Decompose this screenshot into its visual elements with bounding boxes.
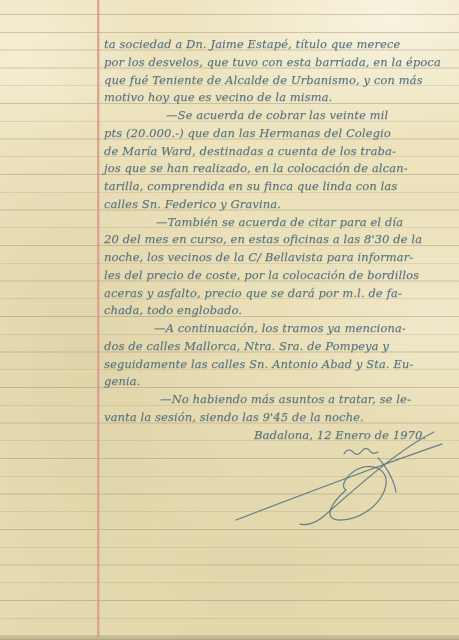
handwritten-line: vanta la sesión, siendo las 9'45 de la n… bbox=[104, 409, 456, 427]
handwritten-line: de María Ward, destinadas a cuenta de lo… bbox=[104, 143, 456, 161]
handwritten-line: pts (20.000.-) que dan las Hermanas del … bbox=[104, 125, 456, 143]
handwritten-line: motivo hoy que es vecino de la misma. bbox=[104, 89, 456, 107]
signature-flourish-icon bbox=[228, 428, 450, 528]
handwritten-line: calles Sn. Federico y Gravina. bbox=[104, 196, 456, 214]
handwritten-line: que fué Teniente de Alcalde de Urbanismo… bbox=[104, 72, 456, 90]
handwritten-line: jos que se han realizado, en la colocaci… bbox=[104, 160, 456, 178]
handwritten-line: —También se acuerda de citar para el día bbox=[104, 214, 456, 232]
handwritten-line: por los desvelos, que tuvo con esta barr… bbox=[104, 54, 456, 72]
handwritten-line: aceras y asfalto, precio que se dará por… bbox=[104, 285, 456, 303]
handwritten-line: ta sociedad a Dn. Jaime Estapé, título q… bbox=[104, 36, 456, 54]
handwritten-line: genia. bbox=[104, 373, 456, 391]
handwritten-line: seguidamente las calles Sn. Antonio Abad… bbox=[104, 356, 456, 374]
handwritten-line: —A continuación, los tramos ya menciona- bbox=[104, 320, 456, 338]
handwritten-line: chada, todo englobado. bbox=[104, 302, 456, 320]
handwritten-line: —Se acuerda de cobrar las veinte mil bbox=[104, 107, 456, 125]
notebook-page: ta sociedad a Dn. Jaime Estapé, título q… bbox=[0, 0, 459, 640]
handwritten-line: dos de calles Mallorca, Ntra. Sra. de Po… bbox=[104, 338, 456, 356]
handwriting-block: ta sociedad a Dn. Jaime Estapé, título q… bbox=[104, 36, 456, 444]
margin-line bbox=[97, 0, 99, 637]
handwritten-line: 20 del mes en curso, en estas oficinas a… bbox=[104, 231, 456, 249]
handwritten-line: tarilla, comprendida en su finca que lin… bbox=[104, 178, 456, 196]
handwritten-line: noche, los vecinos de la C/ Bellavista p… bbox=[104, 249, 456, 267]
page-bottom-edge bbox=[0, 635, 459, 640]
handwritten-line: les del precio de coste, por la colocaci… bbox=[104, 267, 456, 285]
handwritten-line: —No habiendo más asuntos a tratar, se le… bbox=[104, 391, 456, 409]
